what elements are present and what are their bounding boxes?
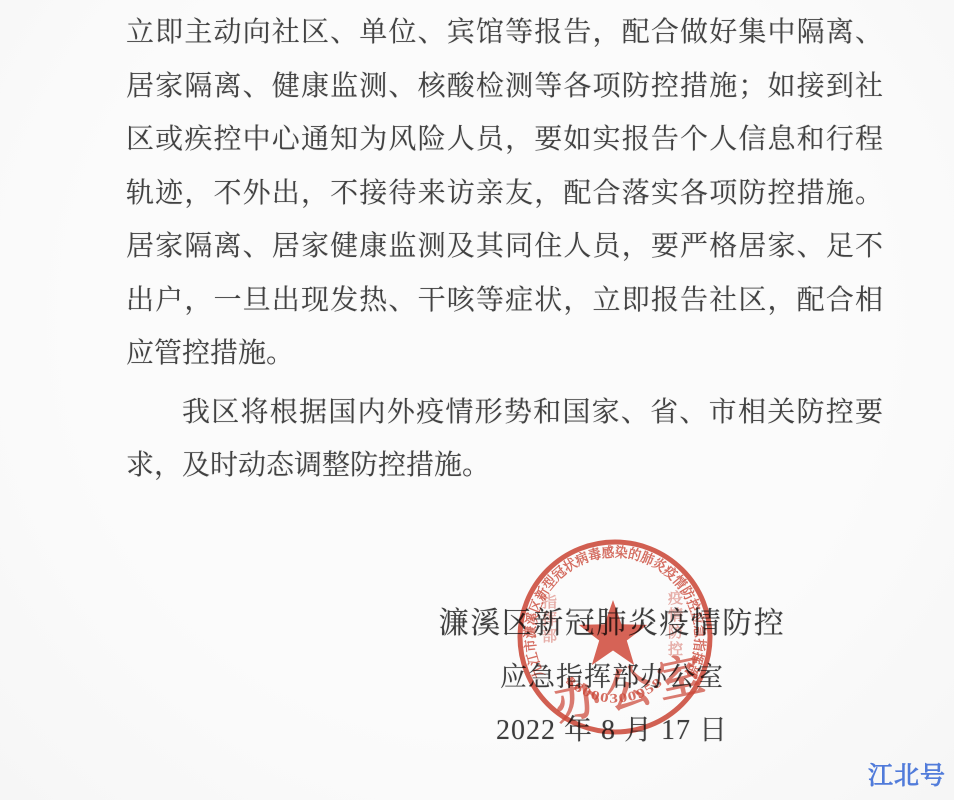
body-line: 居家隔离、居家健康监测及其同住人员，要严格居家、足不 <box>126 220 883 274</box>
body-line: 居家隔离、健康监测、核酸检测等各项防控措施；如接到社 <box>126 60 883 114</box>
body-line: 区或疾控中心通知为风险人员，要如实报告个人信息和行程 <box>126 113 883 167</box>
body-line: 立即主动向社区、单位、宾馆等报告，配合做好集中隔离、 <box>126 6 883 60</box>
body-line: 求，及时动态调整防控措施。 <box>126 439 883 493</box>
body-line: 轨迹，不外出，不接待来访亲友，配合落实各项防控措施。 <box>126 167 883 221</box>
body-line: 我区将根据国内外疫情形势和国家、省、市相关防控要 <box>126 386 883 440</box>
signature-org-line2: 应急指挥部办公室 <box>500 655 724 694</box>
scanned-document-page: 立即主动向社区、单位、宾馆等报告，配合做好集中隔离、 居家隔离、健康监测、核酸检… <box>0 0 954 800</box>
body-line: 应管控措施。 <box>126 327 883 381</box>
document-body: 立即主动向社区、单位、宾馆等报告，配合做好集中隔离、 居家隔离、健康监测、核酸检… <box>126 6 883 493</box>
signature-org-line1: 濂溪区新冠肺炎疫情防控 <box>439 598 786 642</box>
body-line: 出户，一旦出现发热、干咳等症状，立即报告社区，配合相 <box>126 274 883 328</box>
watermark-label: 江北号 <box>868 756 946 792</box>
signature-date: 2022 年 8 月 17 日 <box>496 708 728 748</box>
